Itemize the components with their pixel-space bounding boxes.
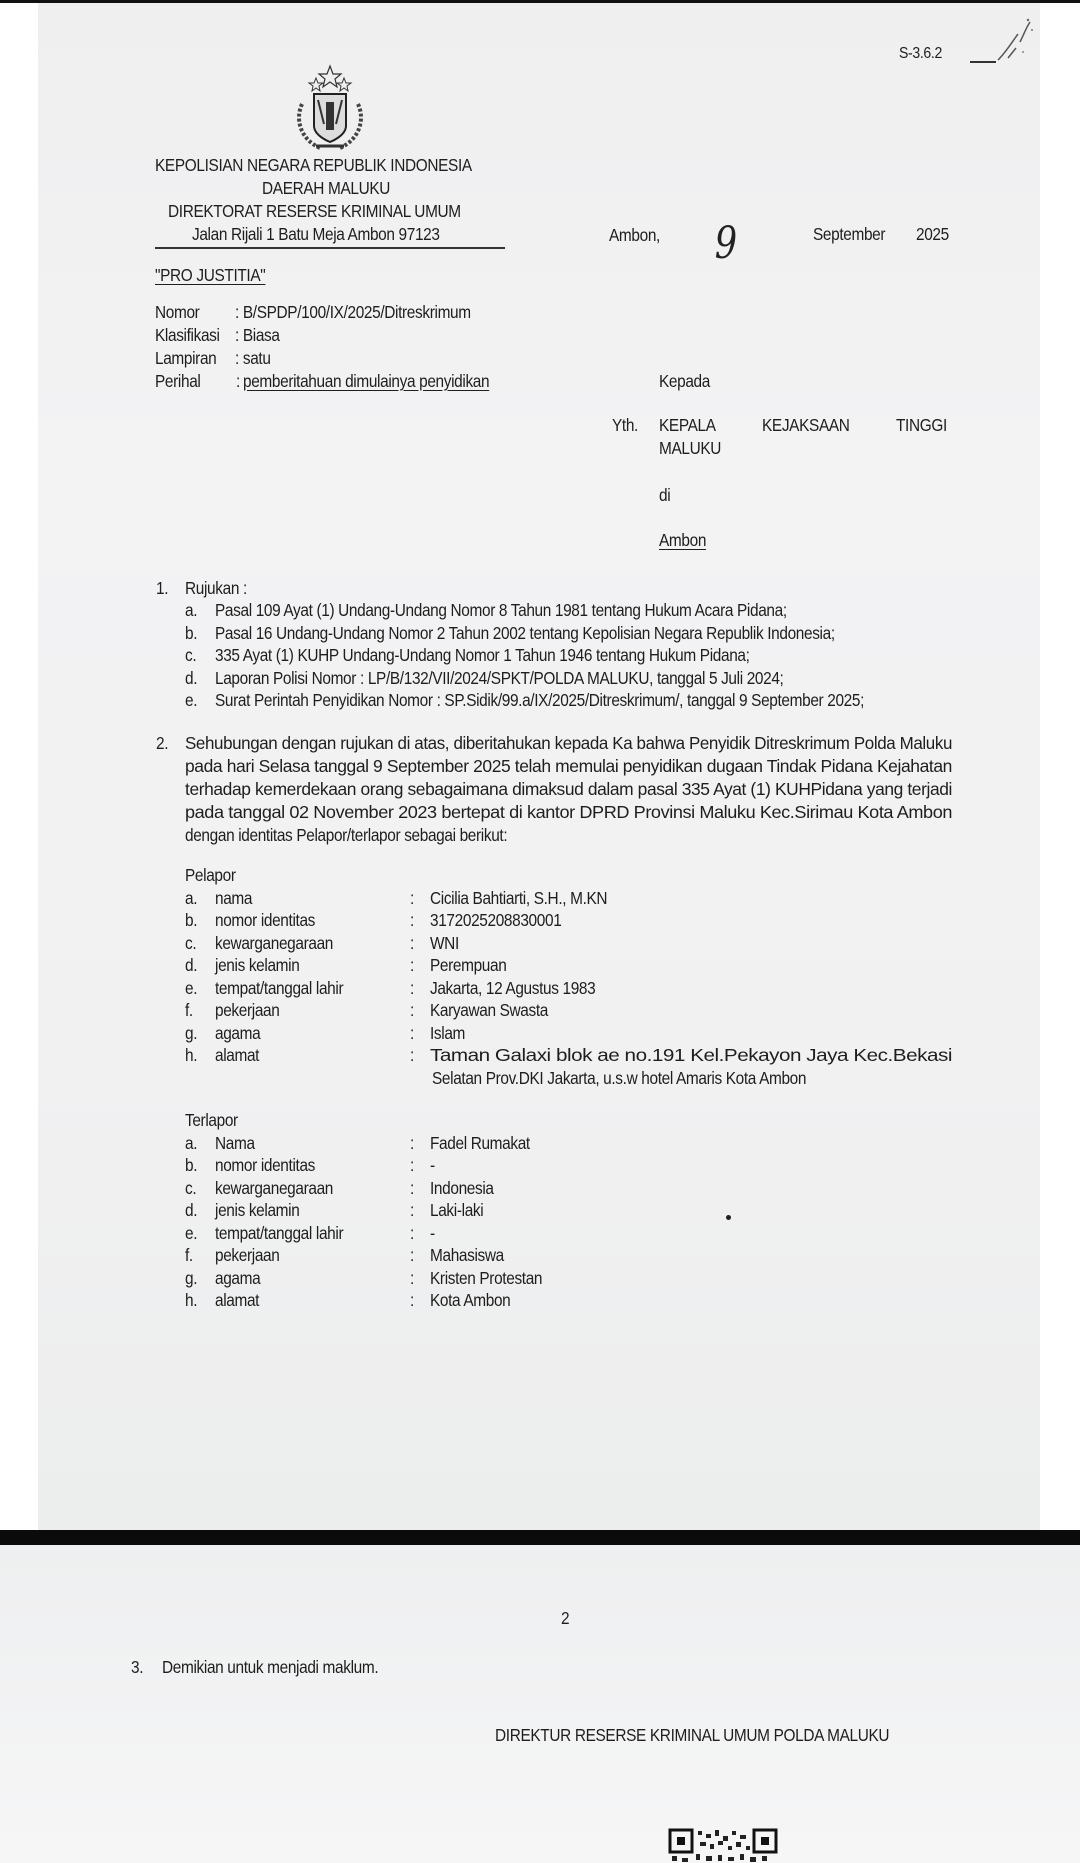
terlapor-row-value: Fadel Rumakat	[430, 1133, 530, 1154]
terlapor-row-letter: c.	[185, 1178, 196, 1199]
reference-letter: b.	[185, 623, 197, 644]
pelapor-row-colon: :	[410, 910, 414, 931]
pelapor-row-value: 3172025208830001	[430, 910, 561, 931]
reference-text: Surat Perintah Penyidikan Nomor : SP.Sid…	[215, 690, 864, 711]
recipient-word-3: TINGGI	[896, 415, 947, 436]
recipient-name-line2: MALUKU	[659, 438, 721, 459]
paragraph-line: terhadap kemerdekaan orang sebagaimana d…	[185, 779, 952, 800]
terlapor-row-letter: b.	[185, 1155, 197, 1176]
paragraph-line: Sehubungan dengan rujukan di atas, diber…	[185, 733, 952, 754]
terlapor-row-value: Kota Ambon	[430, 1290, 510, 1311]
terlapor-row-label: Nama	[215, 1133, 255, 1154]
terlapor-row-colon: :	[410, 1290, 414, 1311]
section3-text: Demikian untuk menjadi maklum.	[162, 1657, 378, 1678]
letterhead-line2: DAERAH MALUKU	[262, 178, 390, 199]
date-month: September	[813, 224, 885, 245]
pelapor-row-colon: :	[410, 978, 414, 999]
reference-letter: c.	[185, 645, 196, 666]
pelapor-row-value: Islam	[430, 1023, 465, 1044]
pelapor-row-letter: g.	[185, 1023, 197, 1044]
recipient-word-2: KEJAKSAAN	[762, 415, 850, 436]
meta-label-nomor: Nomor	[155, 302, 199, 323]
terlapor-row-label: pekerjaan	[215, 1245, 279, 1266]
terlapor-row-colon: :	[410, 1268, 414, 1289]
pelapor-row-value: Perempuan	[430, 955, 506, 976]
pelapor-row-colon: :	[410, 1045, 414, 1066]
recipient-city: Ambon	[659, 530, 706, 551]
meta-label-lampiran: Lampiran	[155, 348, 216, 369]
letterhead-line1: KEPOLISIAN NEGARA REPUBLIK INDONESIA	[155, 155, 472, 176]
terlapor-row-label: nomor identitas	[215, 1155, 315, 1176]
pelapor-row-letter: h.	[185, 1045, 197, 1066]
terlapor-row-colon: :	[410, 1155, 414, 1176]
pelapor-row-value: Jakarta, 12 Agustus 1983	[430, 978, 595, 999]
pelapor-row-letter: b.	[185, 910, 197, 931]
pelapor-row-colon: :	[410, 933, 414, 954]
terlapor-row-letter: e.	[185, 1223, 197, 1244]
pelapor-row-value-cont: Selatan Prov.DKI Jakarta, u.s.w hotel Am…	[432, 1068, 806, 1089]
recipient-di: di	[659, 485, 670, 506]
terlapor-row-value: -	[430, 1223, 435, 1244]
pelapor-row-colon: :	[410, 888, 414, 909]
reference-text: Laporan Polisi Nomor : LP/B/132/VII/2024…	[215, 668, 783, 689]
terlapor-row-value: Laki-laki	[430, 1200, 483, 1221]
terlapor-row-label: alamat	[215, 1290, 259, 1311]
pelapor-row-value: WNI	[430, 933, 459, 954]
terlapor-row-letter: f.	[185, 1245, 193, 1266]
terlapor-row-letter: h.	[185, 1290, 197, 1311]
scan-margin	[1040, 3, 1080, 1530]
terlapor-row-label: agama	[215, 1268, 260, 1289]
date-year: 2025	[916, 224, 949, 245]
letterhead-address: Jalan Rijali 1 Batu Meja Ambon 97123	[192, 224, 440, 245]
section3-number: 3.	[131, 1657, 143, 1678]
form-code: S-3.6.2	[899, 45, 942, 63]
date-place: Ambon,	[609, 225, 660, 246]
meta-label-klasifikasi: Klasifikasi	[155, 325, 220, 346]
recipient-yth: Yth.	[612, 415, 638, 436]
meta-value-klasifikasi: : Biasa	[235, 325, 280, 346]
terlapor-row-value: Kristen Protestan	[430, 1268, 542, 1289]
signatory-title: DIREKTUR RESERSE KRIMINAL UMUM POLDA MAL…	[495, 1725, 889, 1746]
pelapor-row-letter: e.	[185, 978, 197, 999]
section1-number: 1.	[156, 578, 168, 599]
pelapor-row-colon: :	[410, 955, 414, 976]
reference-text: 335 Ayat (1) KUHP Undang-Undang Nomor 1 …	[215, 645, 750, 666]
section2-number: 2.	[156, 733, 168, 754]
reference-letter: a.	[185, 600, 197, 621]
pelapor-title: Pelapor	[185, 865, 236, 886]
pelapor-row-label: pekerjaan	[215, 1000, 279, 1021]
terlapor-row-label: tempat/tanggal lahir	[215, 1223, 343, 1244]
meta-value-lampiran: : satu	[235, 348, 271, 369]
paragraph-line: dengan identitas Pelapor/terlapor sebaga…	[185, 825, 507, 846]
terlapor-row-letter: g.	[185, 1268, 197, 1289]
terlapor-row-colon: :	[410, 1178, 414, 1199]
paragraph-line: pada hari Selasa tanggal 9 September 202…	[185, 756, 952, 777]
letterhead-line3: DIREKTORAT RESERSE KRIMINAL UMUM	[168, 201, 461, 222]
meta-value-nomor: : B/SPDP/100/IX/2025/Ditreskrimum	[235, 302, 471, 323]
reference-letter: e.	[185, 690, 197, 711]
qr-code-icon	[668, 1828, 778, 1863]
date-day-handwritten: 9	[715, 218, 737, 269]
pelapor-row-colon: :	[410, 1000, 414, 1021]
terlapor-row-colon: :	[410, 1223, 414, 1244]
terlapor-title: Terlapor	[185, 1110, 238, 1131]
page-separator	[0, 1530, 1080, 1545]
reference-text: Pasal 109 Ayat (1) Undang-Undang Nomor 8…	[215, 600, 787, 621]
meta-label-perihal: Perihal	[155, 371, 200, 392]
section1-title: Rujukan :	[185, 578, 247, 599]
terlapor-row-value: Indonesia	[430, 1178, 494, 1199]
page-2	[0, 1545, 1080, 1863]
terlapor-row-label: kewarganegaraan	[215, 1178, 333, 1199]
ink-dot	[726, 1215, 731, 1220]
pelapor-row-label: alamat	[215, 1045, 259, 1066]
pelapor-row-label: tempat/tanggal lahir	[215, 978, 343, 999]
terlapor-row-letter: d.	[185, 1200, 197, 1221]
recipient-kepada: Kepada	[659, 371, 710, 392]
terlapor-row-value: Mahasiswa	[430, 1245, 504, 1266]
terlapor-row-letter: a.	[185, 1133, 197, 1154]
pelapor-row-value: Taman Galaxi blok ae no.191 Kel.Pekayon …	[430, 1045, 952, 1066]
terlapor-row-value: -	[430, 1155, 435, 1176]
pelapor-row-label: nomor identitas	[215, 910, 315, 931]
terlapor-row-colon: :	[410, 1200, 414, 1221]
pelapor-row-label: agama	[215, 1023, 260, 1044]
recipient-word-1: KEPALA	[659, 415, 716, 436]
terlapor-row-colon: :	[410, 1133, 414, 1154]
pelapor-row-letter: d.	[185, 955, 197, 976]
pelapor-row-value: Cicilia Bahtiarti, S.H., M.KN	[430, 888, 607, 909]
pelapor-row-letter: a.	[185, 888, 197, 909]
paragraph-line: pada tanggal 02 November 2023 bertepat d…	[185, 802, 952, 823]
meta-colon-perihal: :	[236, 371, 240, 392]
pelapor-row-colon: :	[410, 1023, 414, 1044]
pelapor-row-letter: c.	[185, 933, 196, 954]
page-number: 2	[561, 1608, 569, 1629]
pelapor-row-value: Karyawan Swasta	[430, 1000, 548, 1021]
stamp-scribble-icon	[968, 12, 1038, 72]
terlapor-row-colon: :	[410, 1245, 414, 1266]
reference-letter: d.	[185, 668, 197, 689]
pelapor-row-label: nama	[215, 888, 252, 909]
pro-justitia: "PRO JUSTITIA"	[155, 265, 265, 286]
police-emblem-icon	[280, 64, 380, 154]
reference-text: Pasal 16 Undang-Undang Nomor 2 Tahun 200…	[215, 623, 835, 644]
terlapor-row-label: jenis kelamin	[215, 1200, 299, 1221]
letterhead-underline	[155, 247, 505, 249]
pelapor-row-letter: f.	[185, 1000, 193, 1021]
pelapor-row-label: jenis kelamin	[215, 955, 299, 976]
pelapor-row-label: kewarganegaraan	[215, 933, 333, 954]
meta-value-perihal: pemberitahuan dimulainya penyidikan	[243, 371, 489, 392]
